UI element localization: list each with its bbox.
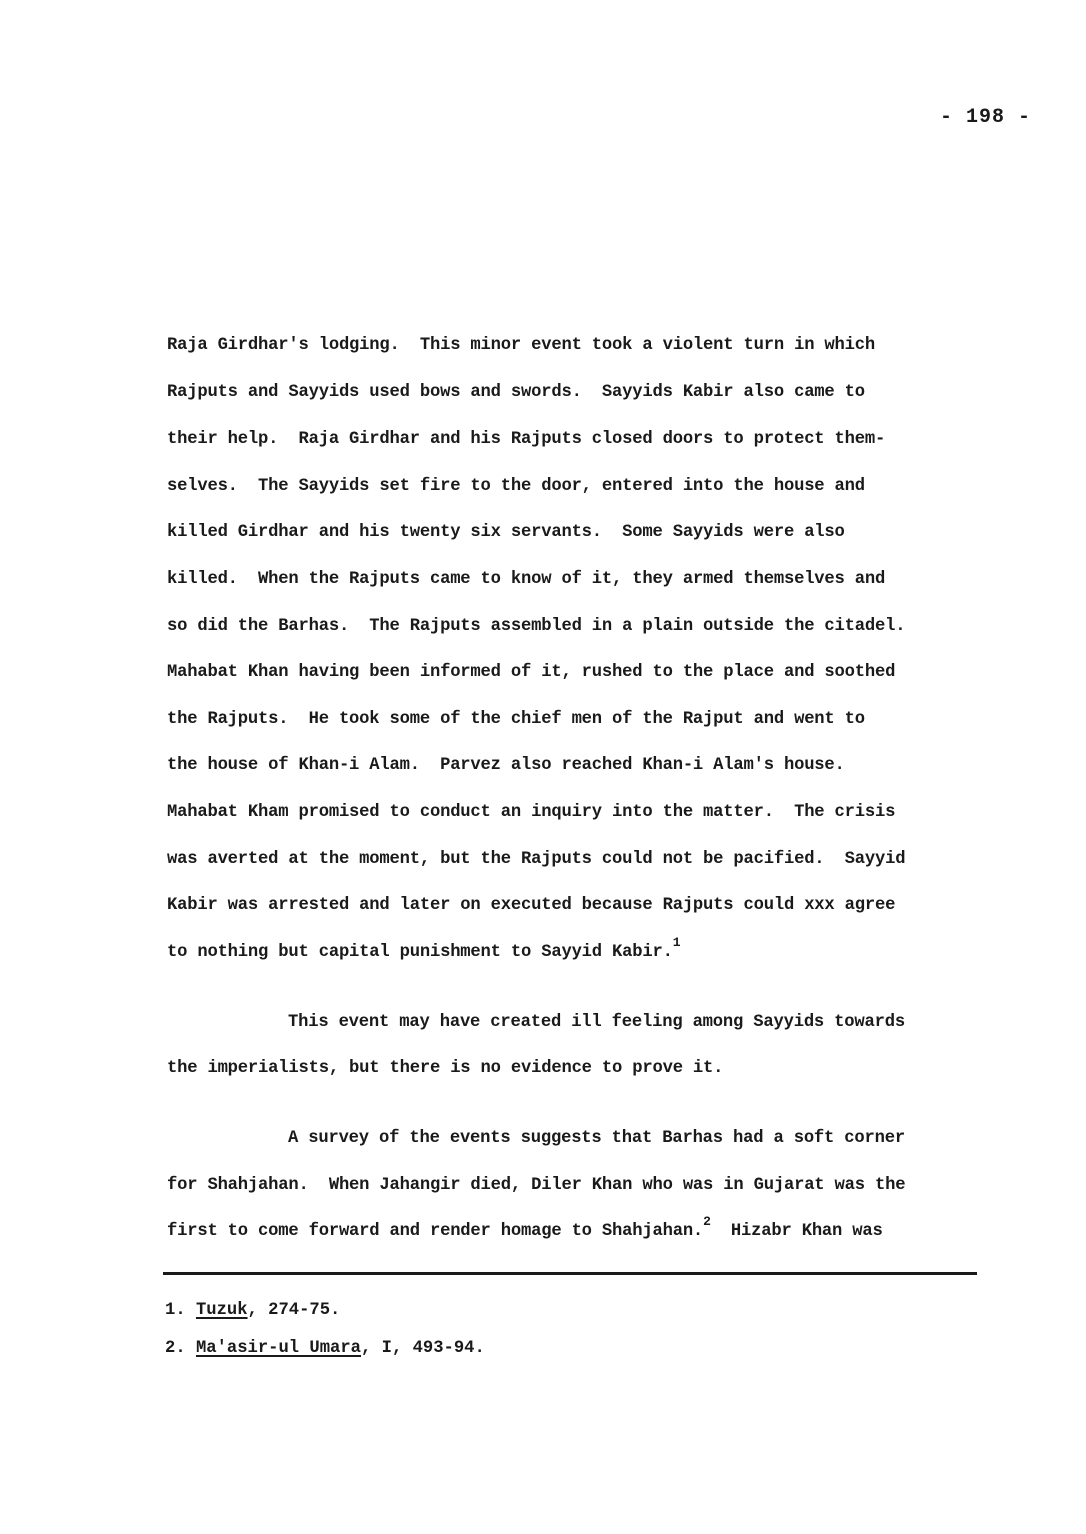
body-line: A survey of the events suggests that Bar…: [288, 1128, 905, 1150]
body-line: to nothing but capital punishment to Say…: [167, 942, 680, 964]
footnote-number: 1.: [165, 1301, 186, 1320]
footnote-number: 2.: [165, 1339, 186, 1358]
footnote-citation: , 274-75.: [248, 1301, 341, 1320]
body-line: the imperialists, but there is no eviden…: [167, 1058, 723, 1080]
body-line: first to come forward and render homage …: [167, 1221, 883, 1243]
footnote-reference-1: 1: [673, 935, 681, 950]
body-line: was averted at the moment, but the Rajpu…: [167, 849, 905, 871]
body-line: selves. The Sayyids set fire to the door…: [167, 476, 865, 498]
footnote-2: 2. Ma'asir-ul Umara, I, 493-94.: [165, 1338, 485, 1360]
footnote-source-title: Ma'asir-ul Umara: [196, 1339, 361, 1358]
footnote-divider: [163, 1272, 977, 1275]
page-number: - 198 -: [940, 106, 1031, 129]
body-line: Mahabat Khan having been informed of it,…: [167, 662, 895, 684]
body-line: the house of Khan-i Alam. Parvez also re…: [167, 755, 845, 777]
body-line-text: to nothing but capital punishment to Say…: [167, 943, 673, 962]
body-line: Rajputs and Sayyids used bows and swords…: [167, 382, 865, 404]
body-line: for Shahjahan. When Jahangir died, Diler…: [167, 1175, 905, 1197]
footnote-reference-2: 2: [703, 1214, 711, 1229]
footnote-1: 1. Tuzuk, 274-75.: [165, 1300, 340, 1322]
footnote-source-title: Tuzuk: [196, 1301, 248, 1320]
body-line: Mahabat Kham promised to conduct an inqu…: [167, 802, 895, 824]
body-line: This event may have created ill feeling …: [288, 1012, 905, 1034]
footnote-citation: , I, 493-94.: [361, 1339, 485, 1358]
body-line: killed Girdhar and his twenty six servan…: [167, 522, 845, 544]
body-line: Kabir was arrested and later on executed…: [167, 895, 895, 917]
body-line-text: Hizabr Khan was: [711, 1222, 883, 1241]
body-line: so did the Barhas. The Rajputs assembled…: [167, 616, 905, 638]
body-line: Raja Girdhar's lodging. This minor event…: [167, 335, 875, 357]
body-line: killed. When the Rajputs came to know of…: [167, 569, 885, 591]
body-line-text: first to come forward and render homage …: [167, 1222, 703, 1241]
body-line: the Rajputs. He took some of the chief m…: [167, 709, 865, 731]
body-line: their help. Raja Girdhar and his Rajputs…: [167, 429, 885, 451]
